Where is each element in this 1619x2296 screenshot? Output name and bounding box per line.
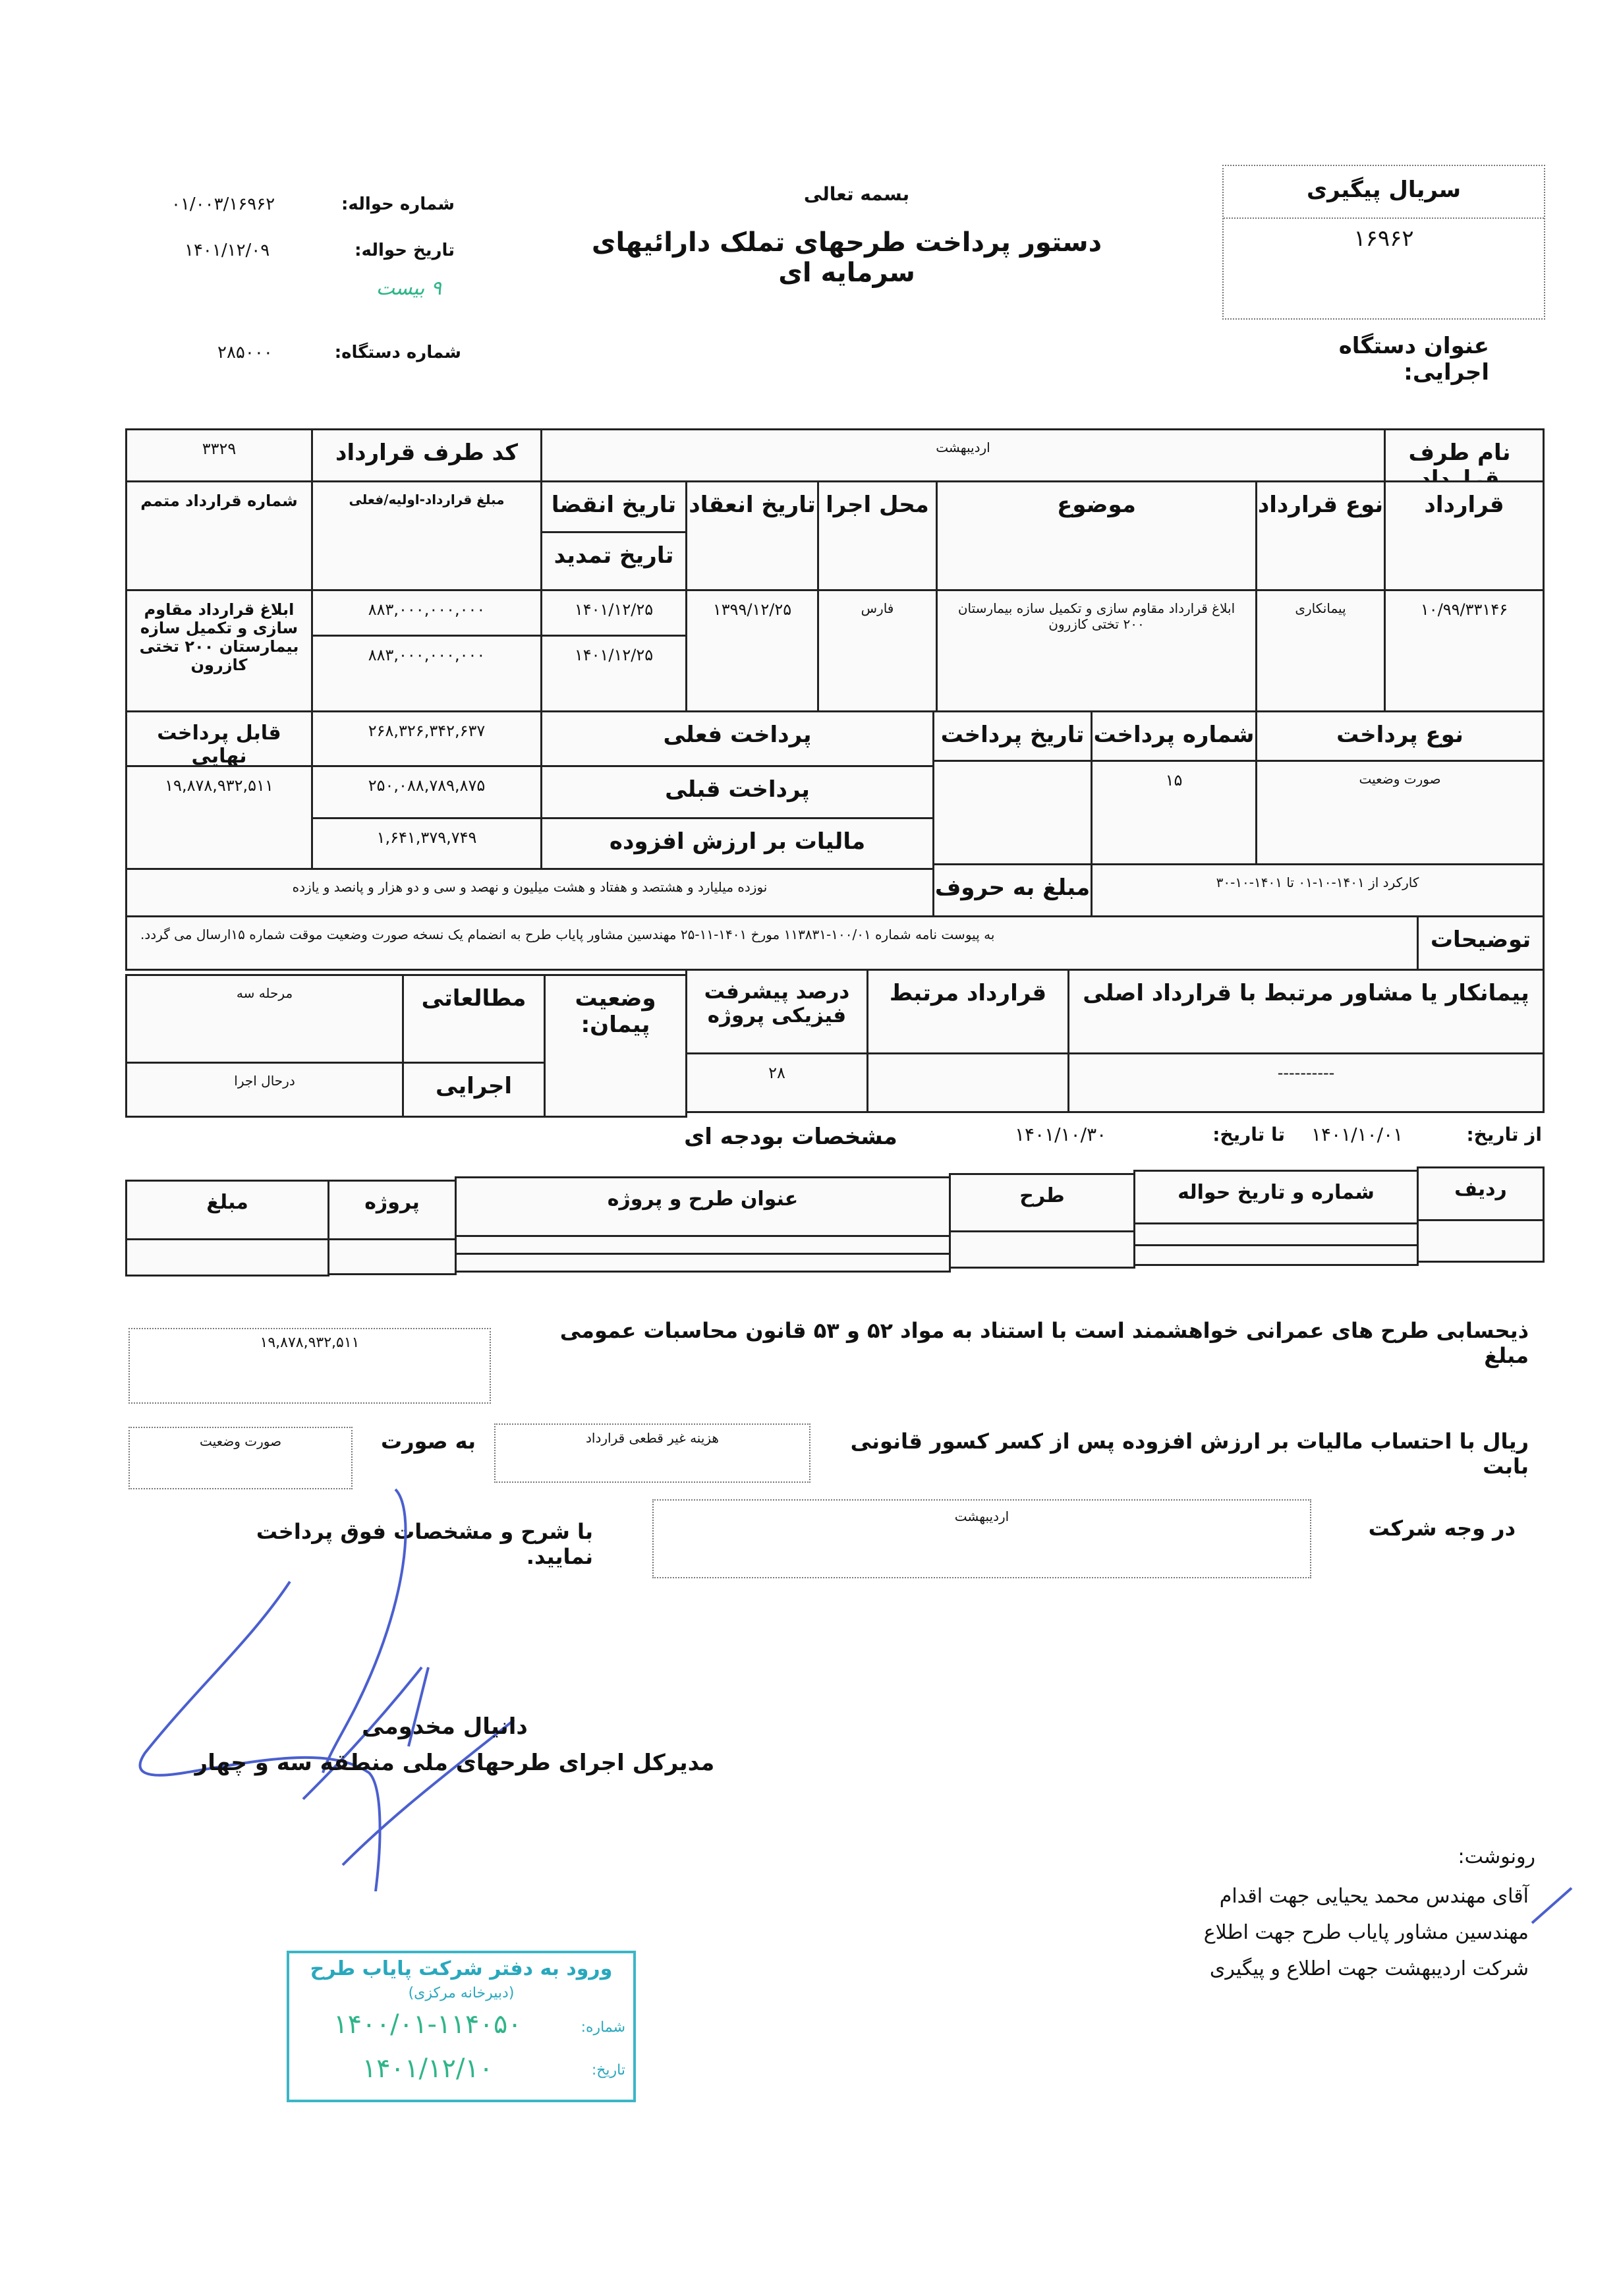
tracking-serial-box: سریال پیگیری ۱۶۹۶۲ — [1222, 165, 1545, 320]
col-plan: طرح — [949, 1173, 1135, 1232]
previous-payment-label: پرداخت قبلی — [540, 765, 934, 819]
budget-title-2 — [455, 1253, 951, 1273]
party-name-label: نام طرف قرارداد — [1384, 428, 1545, 482]
stamp-title: ورود به دفتر شرکت پایاب طرح — [289, 1957, 633, 1980]
header-executive: اجرایی — [402, 1062, 546, 1118]
cc-item-1: آقای مهندس محمد یحیایی جهت اقدام — [1120, 1885, 1529, 1908]
expiry-date: ۱۴۰۱/۱۲/۲۵ — [540, 589, 687, 637]
header-payment-number: شماره پرداخت — [1091, 710, 1257, 762]
budget-transfer-1 — [1133, 1222, 1419, 1246]
work-period: کارکرد از ۱۴۰۱-۱۰-۰۱ تا ۱۴۰۱-۱۰-۳۰ — [1091, 863, 1545, 917]
signer-title: مدیرکل اجرای طرحهای ملی منطقه سه و چهار — [185, 1750, 725, 1776]
header-study: مطالعاتی — [402, 974, 546, 1064]
stamp-number-label: شماره: — [581, 2019, 625, 2036]
contract-location: فارس — [817, 589, 938, 712]
page-title: دستور پرداخت طرحهای تملک دارائیهای سرمای… — [540, 227, 1153, 288]
budget-title-1 — [455, 1235, 951, 1255]
cost-type: هزینه غیر قطعی قرارداد — [496, 1430, 809, 1446]
instruction-amount: ۱۹,۸۷۸,۹۳۲,۵۱۱ — [130, 1335, 490, 1351]
party-code-label: کد طرف قرارداد — [311, 428, 542, 482]
extension-date: ۱۴۰۱/۱۲/۲۵ — [540, 635, 687, 712]
in-favor-label: در وجه شرکت — [1351, 1516, 1516, 1541]
contract-type: پیمانکاری — [1255, 589, 1386, 712]
signer-name: دانیال مخدومی — [297, 1713, 593, 1740]
header-payment-type: نوع پرداخت — [1255, 710, 1545, 762]
budget-row-number — [1417, 1219, 1545, 1263]
transfer-number-label: شماره حواله: — [329, 194, 455, 214]
executive-agency-label: عنوان دستگاه اجرایی: — [1252, 333, 1489, 386]
bismillah: بسمه تعالی — [758, 183, 955, 205]
tracking-serial-value: ۱۶۹۶۲ — [1224, 225, 1544, 252]
budget-project — [327, 1238, 457, 1275]
stamp-date: ۱۴۰۱/۱۲/۱۰ — [302, 2053, 553, 2084]
header-final-payable: قابل پرداخت نهایی — [125, 710, 313, 767]
device-number-label: شماره دستگاه: — [329, 343, 461, 362]
receipt-stamp: ورود به دفتر شرکت پایاب طرح (دبیرخانه مر… — [287, 1951, 636, 2102]
header-supplement-number: شماره قرارداد متمم — [125, 480, 313, 591]
payment-type: صورت وضعیت — [1255, 760, 1545, 865]
budget-plan — [949, 1230, 1135, 1269]
budget-amount — [125, 1238, 329, 1277]
col-transfer: شماره و تاریخ حواله — [1133, 1170, 1419, 1224]
amount-initial: ۸۸۳,۰۰۰,۰۰۰,۰۰۰ — [311, 589, 542, 637]
stamp-date-label: تاریخ: — [592, 2062, 625, 2079]
header-physical-progress: درصد پیشرفت فیزیکی پروژه — [685, 969, 868, 1054]
transfer-number: ۰۱/۰۰۳/۱۶۹۶۲ — [171, 194, 323, 214]
header-contract-status: وضعیت پیمان: — [544, 974, 687, 1118]
main-contractor: ---------- — [1067, 1052, 1545, 1113]
budget-to-date: ۱۴۰۱/۱۰/۳۰ — [1015, 1124, 1147, 1145]
executive-stage: درحال اجرا — [125, 1062, 404, 1118]
current-payment: ۲۶۸,۳۲۶,۳۴۲,۶۳۷ — [311, 710, 542, 767]
contract-number: ۱۰/۹۹/۳۳۱۴۶ — [1384, 589, 1545, 712]
header-payment-date: تاریخ پرداخت — [932, 710, 1093, 762]
budget-from-label: از تاریخ: — [1450, 1124, 1542, 1145]
vat-label: مالیات بر ارزش افزوده — [540, 817, 934, 870]
header-subject: موضوع — [936, 480, 1257, 591]
conclusion-date: ۱۳۹۹/۱۲/۲۵ — [685, 589, 819, 712]
previous-payment: ۲۵۰,۰۸۸,۷۸۹,۸۷۵ — [311, 765, 542, 819]
budget-title: مشخصات بودجه ای — [659, 1124, 923, 1150]
instruction-amount-box: ۱۹,۸۷۸,۹۳۲,۵۱۱ — [128, 1328, 491, 1404]
supplement-number: ابلاغ قرارداد مقاوم سازی و تکمیل سازه بی… — [125, 589, 313, 712]
current-payment-label: پرداخت فعلی — [540, 710, 934, 767]
instruction-line1: ذیحسابی طرح های عمرانی خواهشمند است با ا… — [527, 1318, 1529, 1368]
budget-transfer-2 — [1133, 1244, 1419, 1266]
amount-in-words: نوزده میلیارد و هشتصد و هفتاد و هشت میلی… — [125, 868, 934, 917]
physical-progress: ۲۸ — [685, 1052, 868, 1113]
header-related-contract: قرارداد مرتبط — [866, 969, 1069, 1054]
company-box: اردیبهشت — [652, 1499, 1311, 1578]
as-value: صورت وضعیت — [130, 1433, 351, 1449]
header-extension-date: تاریخ تمدید — [540, 531, 687, 591]
col-title: عنوان طرح و پروژه — [455, 1176, 951, 1237]
tracking-serial-label: سریال پیگیری — [1224, 177, 1544, 203]
col-row-number: ردیف — [1417, 1166, 1545, 1221]
col-amount: مبلغ — [125, 1180, 329, 1240]
header-amount: مبلغ قرارداد-اولیه/فعلی — [311, 480, 542, 591]
checkmark-icon — [1529, 1885, 1575, 1931]
stamp-number: ۱۴۰۰/۰۱-۱۱۴۰۵۰ — [302, 2009, 553, 2040]
header-contract: قرارداد — [1384, 480, 1545, 591]
amount-in-words-label: مبلغ به حروف — [932, 863, 1093, 917]
party-name-value: اردیبهشت — [540, 428, 1386, 482]
instruction-line2: ریال با احتساب مالیات بر ارزش افزوده پس … — [817, 1429, 1529, 1479]
study-stage: مرحله سه — [125, 974, 404, 1064]
header-main-contractor: پیمانکار یا مشاور مرتبط با قرارداد اصلی — [1067, 969, 1545, 1054]
as-label: به صورت — [369, 1429, 488, 1454]
transfer-date-label: تاریخ حواله: — [329, 241, 455, 260]
header-contract-type: نوع قرارداد — [1255, 480, 1386, 591]
budget-from-date: ۱۴۰۱/۱۰/۰۱ — [1311, 1124, 1443, 1145]
description-label: توضیحات — [1417, 915, 1545, 971]
related-contract — [866, 1052, 1069, 1113]
payment-date — [932, 760, 1093, 865]
header-conclusion-date: تاریخ انعقاد — [685, 480, 819, 591]
header-expiry-date: تاریخ انقضا — [540, 480, 687, 533]
cc-item-3: شرکت اردیبهشت جهت اطلاع و پیگیری — [1120, 1957, 1529, 1980]
handwritten-note: ۹ بیست — [336, 277, 441, 300]
cc-label: رونوشت: — [1384, 1845, 1535, 1868]
signature-scribble-icon — [132, 1470, 606, 1891]
amount-current: ۸۸۳,۰۰۰,۰۰۰,۰۰۰ — [311, 635, 542, 712]
company-name: اردیبهشت — [654, 1508, 1310, 1524]
cc-item-2: مهندسین مشاور پایاب طرح جهت اطلاع — [1120, 1921, 1529, 1944]
header-location: محل اجرا — [817, 480, 938, 591]
payment-number: ۱۵ — [1091, 760, 1257, 865]
vat-amount: ۱,۶۴۱,۳۷۹,۷۴۹ — [311, 817, 542, 870]
final-payable: ۱۹,۸۷۸,۹۳۲,۵۱۱ — [125, 765, 313, 870]
budget-to-label: تا تاریخ: — [1193, 1124, 1285, 1145]
col-project: پروژه — [327, 1180, 457, 1240]
device-number: ۲۸۵۰۰۰ — [217, 343, 323, 362]
stamp-subtitle: (دبیرخانه مرکزی) — [289, 1985, 633, 2001]
transfer-date: ۱۴۰۱/۱۲/۰۹ — [185, 241, 323, 260]
contract-subject: ابلاغ قرارداد مقاوم سازی و تکمیل سازه بی… — [936, 589, 1257, 712]
party-code-value: ۳۳۲۹ — [125, 428, 313, 482]
description: به پیوست نامه شماره ۱۰۰/۰۱-۱۱۳۸۳۱ مورخ ۱… — [125, 915, 1419, 971]
